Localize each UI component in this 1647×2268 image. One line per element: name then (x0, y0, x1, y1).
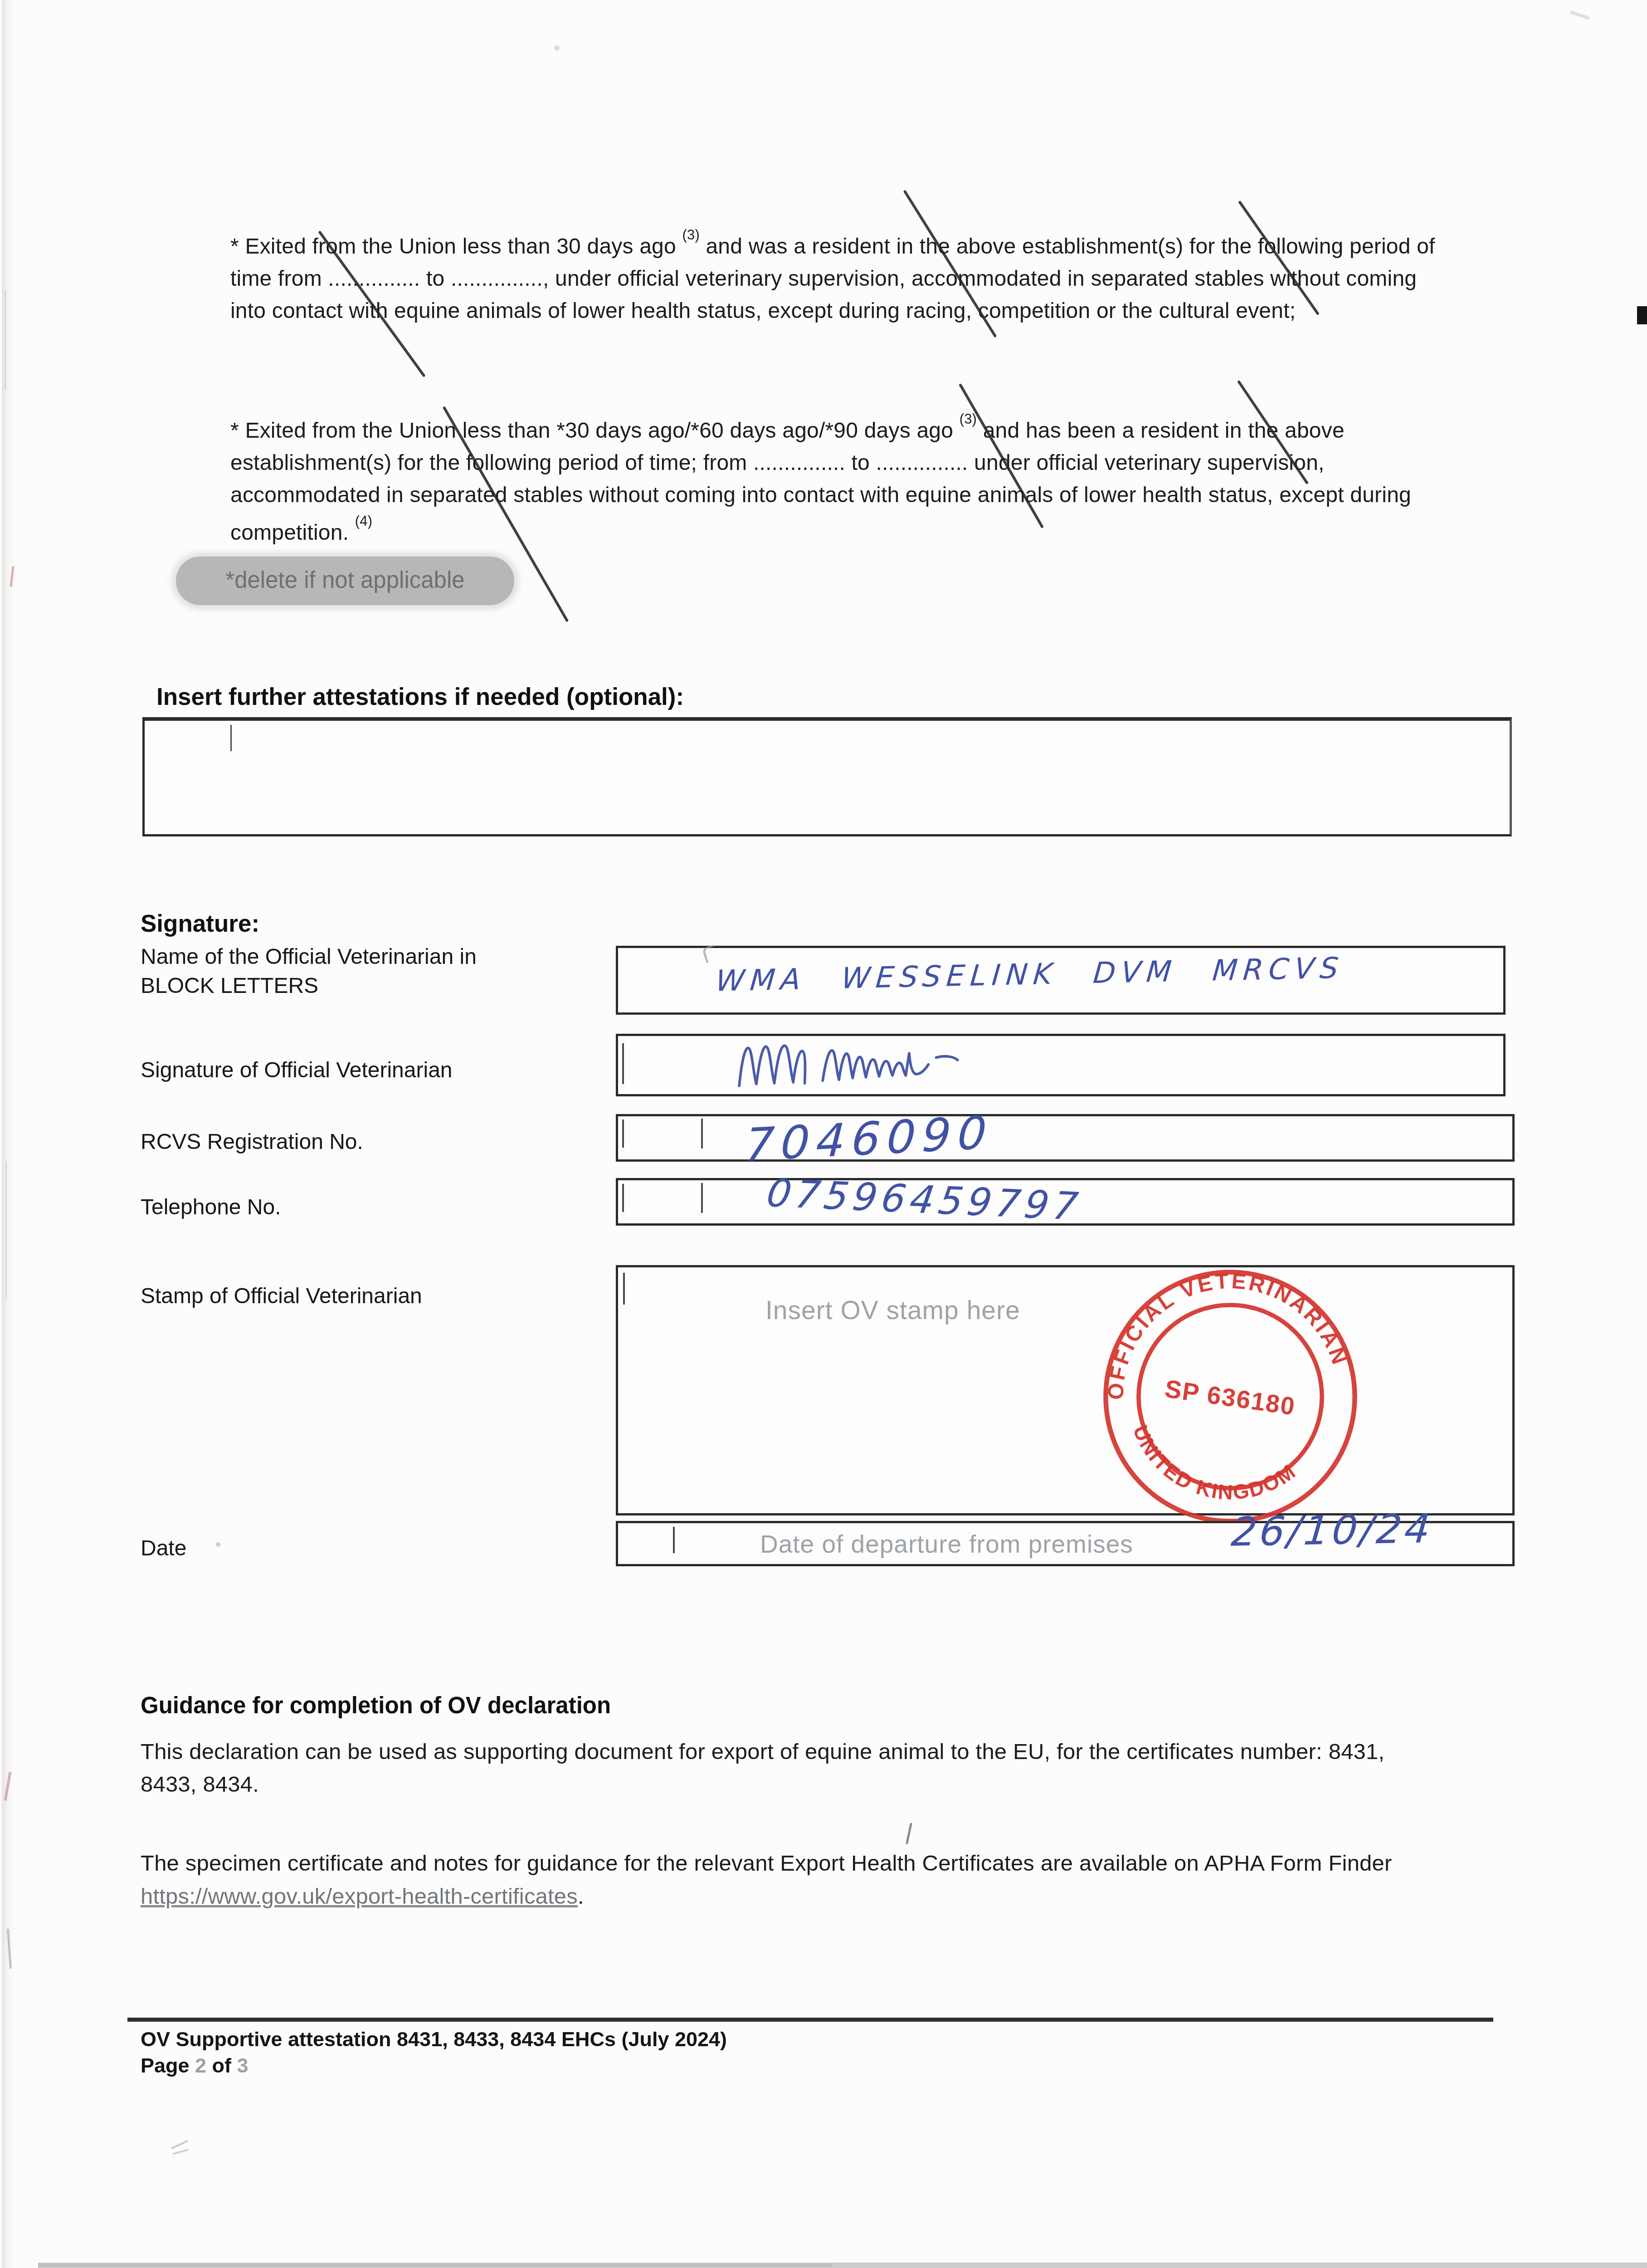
stamp-field-box (616, 1265, 1515, 1515)
scan-squiggle (171, 2140, 188, 2150)
attestations-heading: Insert further attestations if needed (o… (156, 683, 684, 711)
cursor-mark (701, 1183, 703, 1213)
guidance-paragraph-2: The specimen certificate and notes for g… (141, 1847, 1392, 1913)
scan-edge-stripe (2, 0, 15, 2268)
signature-label: Signature of Official Veterinarian (141, 1058, 453, 1083)
date-placeholder: Date of departure from premises (760, 1530, 1133, 1559)
cursor-mark (230, 725, 232, 751)
guidance-paragraph-1: This declaration can be used as supporti… (141, 1735, 1392, 1801)
attestation-paragraph-1: * Exited from the Union less than 30 day… (230, 225, 1455, 327)
date-label: Date (141, 1536, 186, 1561)
paragraph-text: . (578, 1884, 584, 1909)
signature-heading: Signature: (141, 910, 259, 938)
footnote-ref: (3) (682, 227, 700, 243)
scan-speck (1570, 10, 1590, 20)
scan-speck (216, 1542, 220, 1547)
stamp-bottom-arc-text: UNITED KINGDOM (1120, 1419, 1305, 1515)
stamp-number: SP 636180 (1163, 1374, 1297, 1421)
stamp-placeholder: Insert OV stamp here (765, 1295, 1020, 1325)
footer-rule (127, 2018, 1493, 2022)
stamp-label: Stamp of Official Veterinarian (141, 1284, 422, 1309)
svg-text:UNITED KINGDOM: UNITED KINGDOM (1120, 1419, 1305, 1515)
ov-stamp: OFFICIAL VETERINARIAN UNITED KINGDOM SP … (1101, 1267, 1360, 1526)
attestations-box (142, 717, 1512, 836)
delete-note-pill: *delete if not applicable (176, 557, 514, 605)
cursor-mark (701, 1119, 703, 1149)
scan-mark (5, 1161, 7, 1297)
paragraph-text: * Exited from the Union less than *30 da… (230, 419, 960, 443)
scan-mark (5, 290, 6, 390)
export-certificates-link[interactable]: https://www.gov.uk/export-health-certifi… (141, 1884, 578, 1909)
delete-note-text: *delete if not applicable (225, 567, 464, 593)
name-label-line2: BLOCK LETTERS (141, 973, 318, 998)
name-label: Name of the Official Veterinarian in (141, 944, 477, 969)
scan-black-mark (1637, 306, 1647, 324)
scanned-document-page: * Exited from the Union less than 30 day… (0, 0, 1647, 2268)
footnote-ref: (3) (960, 411, 977, 427)
cursor-mark (622, 1119, 624, 1148)
footnote-ref: (4) (355, 513, 373, 529)
cursor-mark (673, 1527, 675, 1553)
cursor-mark (622, 1184, 624, 1212)
pen-mark (906, 1823, 912, 1844)
cursor-mark (623, 1273, 625, 1305)
rcvs-label: RCVS Registration No. (141, 1129, 363, 1154)
footer-page-total: 3 (237, 2054, 249, 2077)
signature-scribble (726, 1038, 1061, 1091)
scan-bottom-band-dark (38, 2263, 832, 2267)
scan-squiggle (172, 2149, 189, 2155)
paragraph-text: The specimen certificate and notes for g… (141, 1851, 1392, 1876)
paragraph-text: * Exited from the Union less than 30 day… (230, 235, 682, 259)
phone-label: Telephone No. (141, 1195, 281, 1220)
date-value-handwriting: 26/10/24 (1229, 1505, 1435, 1555)
footer-page-prefix: Page (141, 2054, 195, 2077)
footer-page-indicator: Page 2 of 3 (141, 2054, 249, 2077)
footer-doc-title: OV Supportive attestation 8431, 8433, 84… (141, 2028, 727, 2051)
footer-page-number: 2 (195, 2054, 206, 2077)
footer-page-of: of (206, 2054, 237, 2077)
cursor-mark (622, 1043, 624, 1084)
guidance-heading: Guidance for completion of OV declaratio… (141, 1692, 611, 1719)
scan-speck (554, 45, 560, 51)
